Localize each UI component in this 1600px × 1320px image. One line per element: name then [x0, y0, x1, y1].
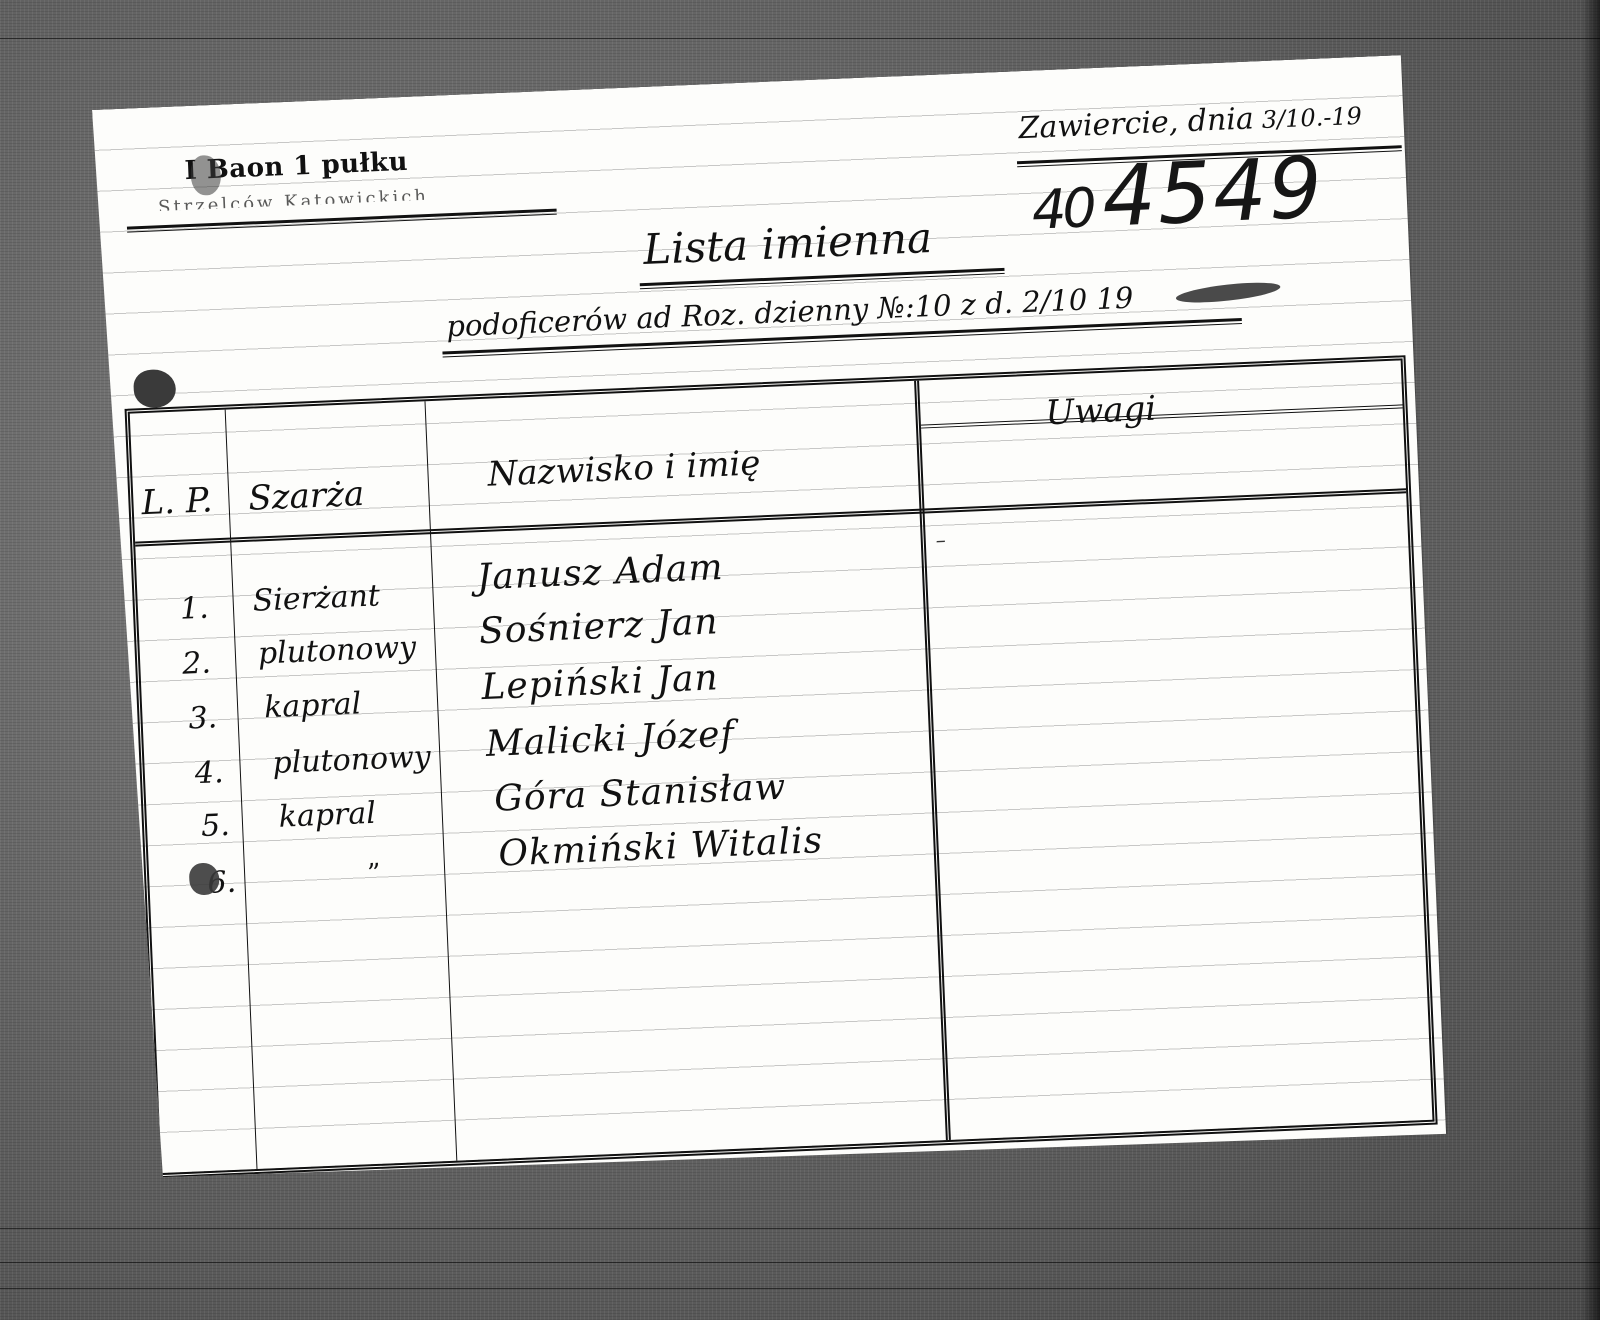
column-header-lp: L. P.	[141, 480, 214, 523]
date-value: 3/10.-19	[1261, 102, 1362, 134]
column-header-remarks: Uwagi	[1045, 389, 1157, 434]
row-5-name: Góra Stanisław	[493, 767, 787, 820]
row-3-name: Lepiński Jan	[481, 657, 720, 708]
row-6-name: Okmiński Witalis	[498, 820, 824, 875]
row-1-lp: 1.	[179, 591, 209, 627]
document-title: Lista imienna	[642, 213, 933, 274]
document-sheet: I Baon 1 pułku Strzelców Katowickich Zaw…	[92, 55, 1446, 1189]
column-header-name: Nazwisko i imię	[487, 443, 761, 494]
reference-value: 4549	[1100, 139, 1326, 246]
row-4-name: Malicki Józef	[485, 714, 735, 765]
row-5-rank: kapral	[278, 796, 376, 835]
row-2-name: Sośnierz Jan	[478, 601, 719, 652]
row-5-lp: 5.	[200, 808, 230, 844]
document-subtitle: podoficerów ad Roz. dzienny №:10 z d. 2/…	[446, 281, 1134, 344]
table-top-band	[921, 404, 1403, 428]
column-divider	[424, 401, 457, 1160]
row-1-rank: Sierżant	[252, 578, 381, 618]
column-divider	[914, 381, 951, 1141]
scan-artifact-line	[0, 1228, 1600, 1229]
place-label: Zawiercie, dnia	[1018, 101, 1255, 146]
ink-blot	[133, 369, 177, 409]
column-divider	[225, 410, 258, 1169]
row-4-lp: 4.	[194, 755, 224, 791]
column-header-rank: Szarża	[248, 474, 365, 519]
row-1-name: Janusz Adam	[476, 547, 724, 598]
scan-artifact-line	[0, 38, 1600, 39]
row-3-rank: kapral	[263, 686, 361, 725]
row-2-rank: plutonowy	[257, 630, 417, 672]
scan-edge-shadow	[1582, 0, 1600, 1320]
row-4-rank: plutonowy	[272, 739, 432, 781]
remarks-mark: –	[935, 528, 946, 552]
reference-prefix: 40	[1031, 176, 1094, 241]
strikethrough-smudge	[1175, 279, 1281, 307]
letterhead-underline	[127, 209, 557, 233]
personnel-table: L. P. Szarża Nazwisko i imię Uwagi – 1. …	[125, 355, 1438, 1178]
reference-number: 404549	[1030, 139, 1326, 249]
row-3-lp: 3.	[188, 700, 218, 736]
row-6-rank: ”	[367, 859, 382, 890]
scan-artifact-line	[0, 1288, 1600, 1289]
row-2-lp: 2.	[182, 646, 212, 682]
scan-artifact-line	[0, 1262, 1600, 1263]
